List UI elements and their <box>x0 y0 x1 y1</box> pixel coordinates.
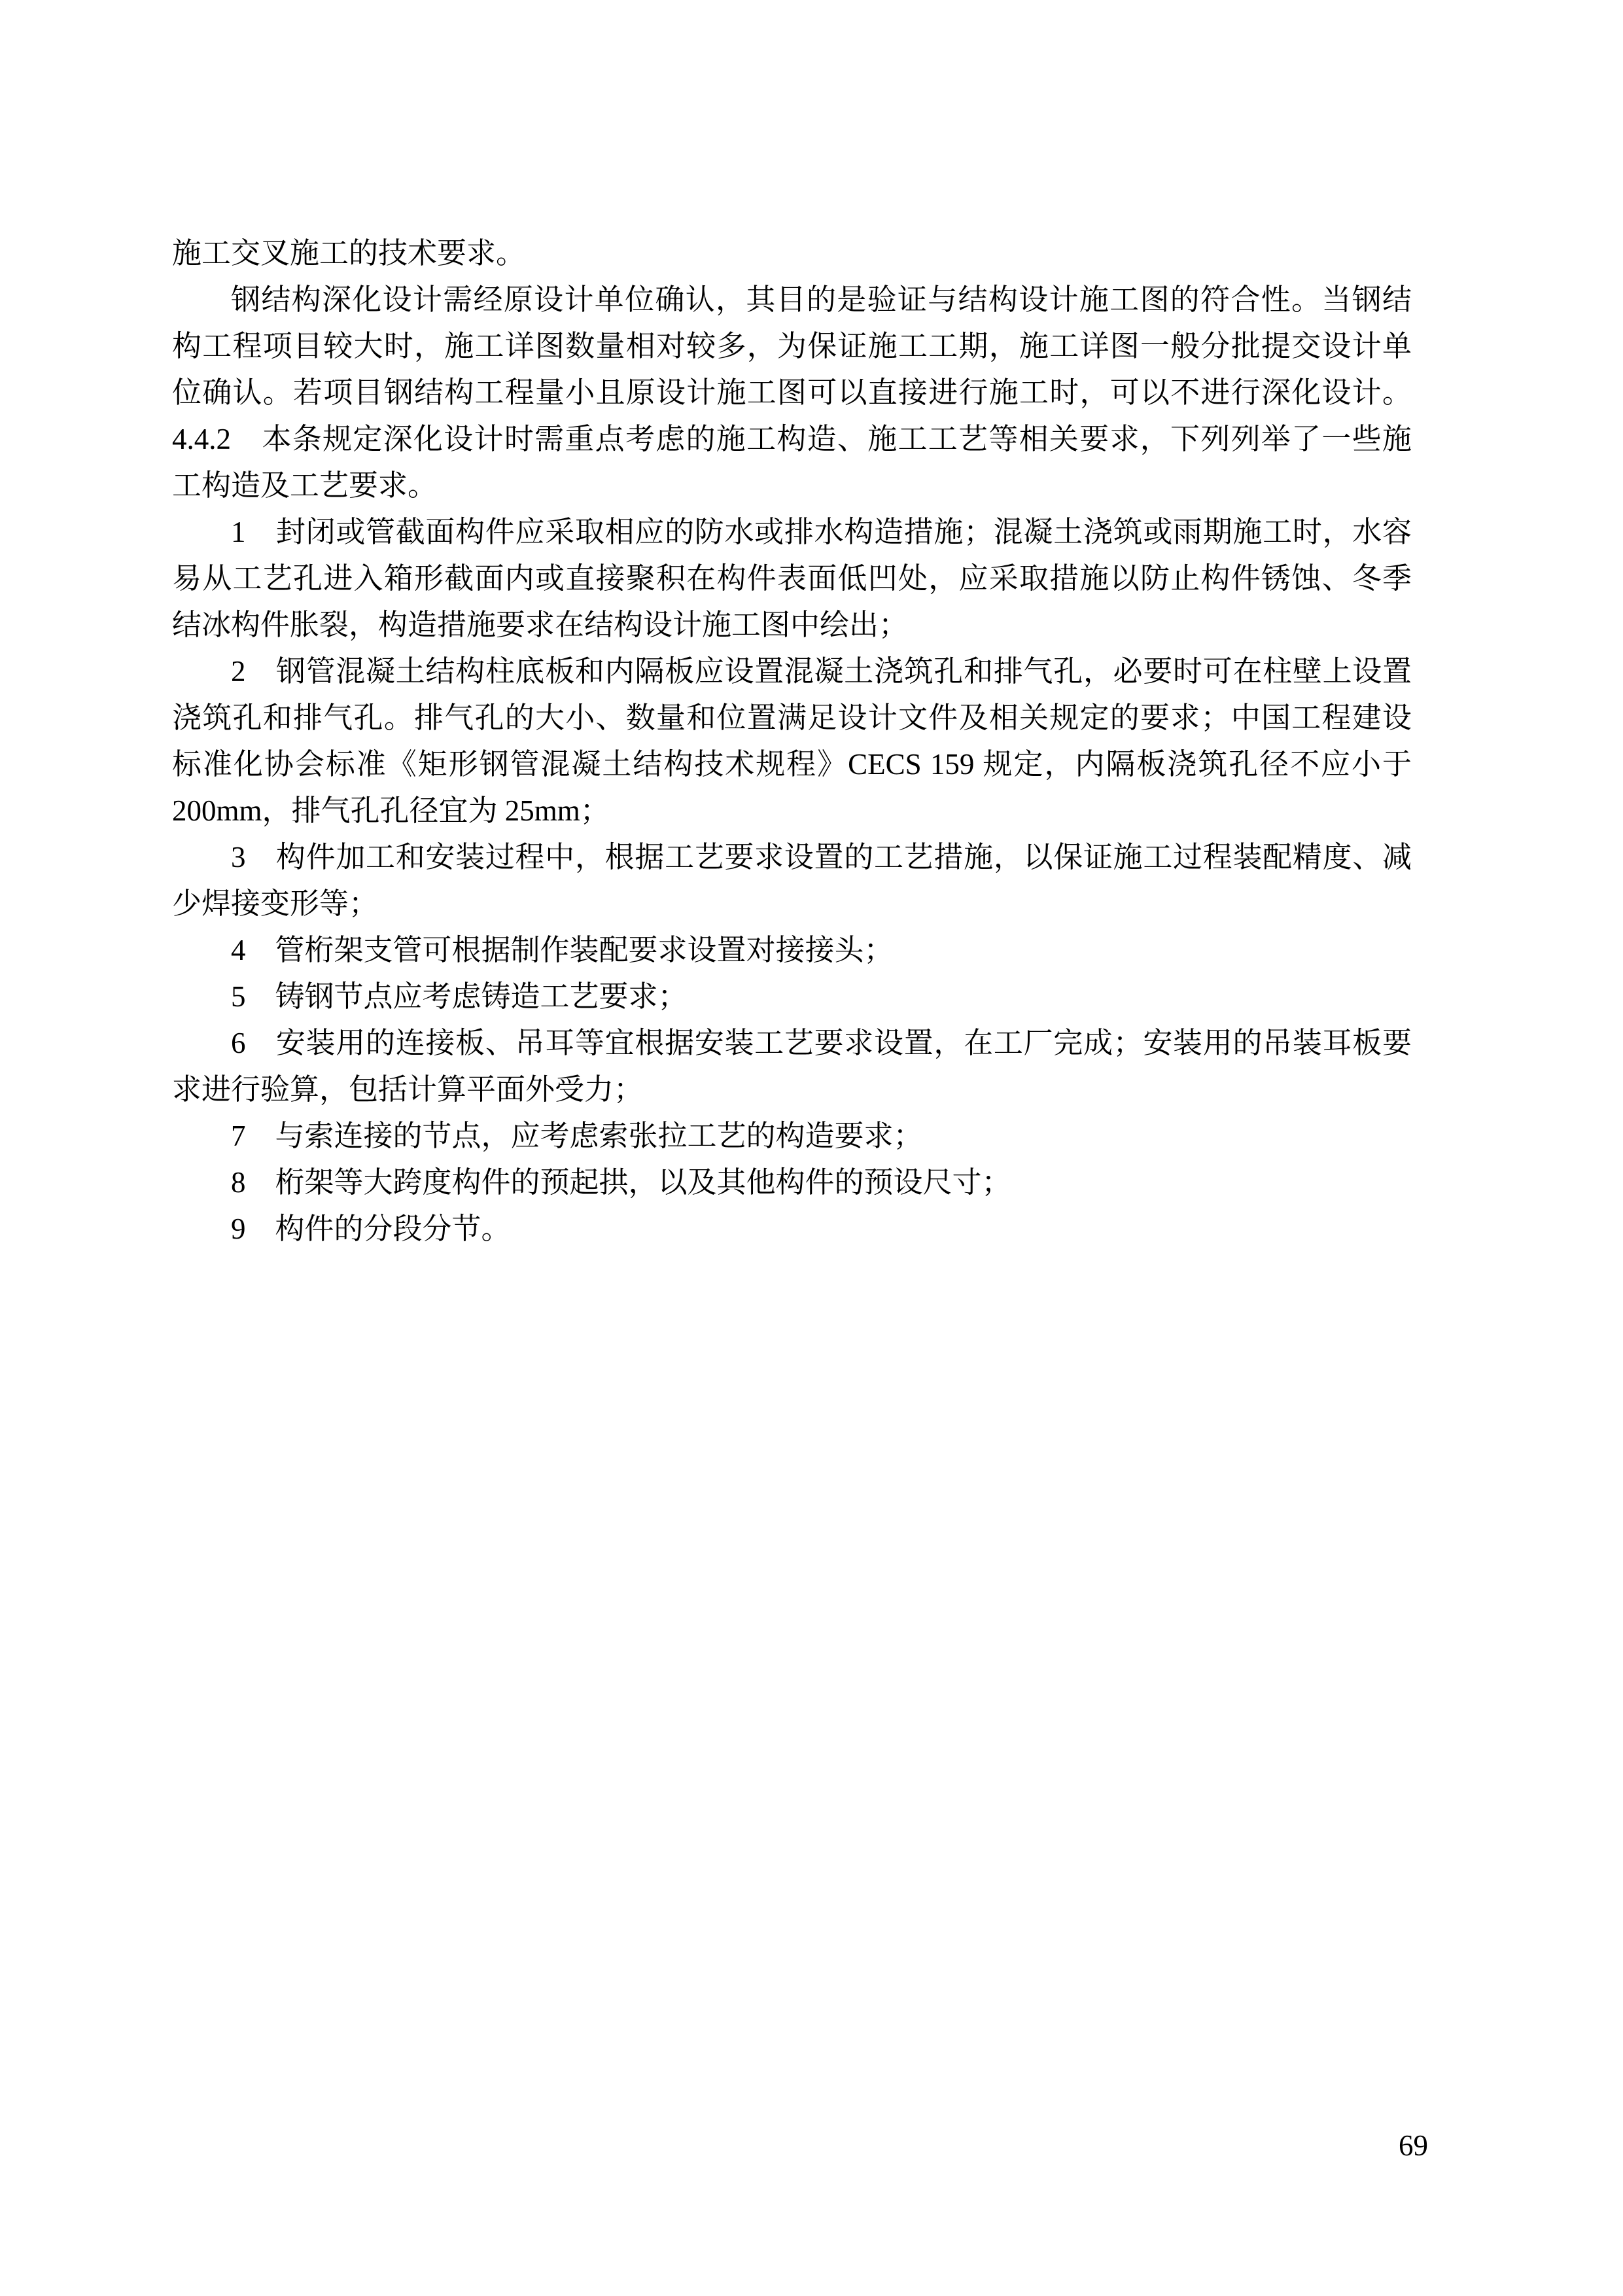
page-number: 69 <box>1399 2128 1428 2164</box>
text-line: 6 安装用的连接板、吊耳等宜根据安装工艺要求设置，在工厂完成；安装用的吊装耳板要 <box>172 1020 1412 1067</box>
text-line: 结冰构件胀裂，构造措施要求在结构设计施工图中绘出； <box>172 602 1412 648</box>
text-line: 7 与索连接的节点，应考虑索张拉工艺的构造要求； <box>172 1113 1412 1159</box>
text-line: 5 铸钢节点应考虑铸造工艺要求； <box>172 974 1412 1020</box>
text-line: 钢结构深化设计需经原设计单位确认，其目的是验证与结构设计施工图的符合性。当钢结 <box>172 277 1412 323</box>
text-line: 构工程项目较大时，施工详图数量相对较多，为保证施工工期，施工详图一般分批提交设计… <box>172 323 1412 370</box>
text-line: 9 构件的分段分节。 <box>172 1206 1412 1252</box>
text-line: 2 钢管混凝土结构柱底板和内隔板应设置混凝土浇筑孔和排气孔，必要时可在柱壁上设置 <box>172 648 1412 695</box>
text-line: 施工交叉施工的技术要求。 <box>172 230 1412 277</box>
text-line: 浇筑孔和排气孔。排气孔的大小、数量和位置满足设计文件及相关规定的要求；中国工程建… <box>172 695 1412 741</box>
text-line: 1 封闭或管截面构件应采取相应的防水或排水构造措施；混凝土浇筑或雨期施工时，水容 <box>172 509 1412 556</box>
text-line: 求进行验算，包括计算平面外受力； <box>172 1067 1412 1113</box>
text-line: 200mm，排气孔孔径宜为 25mm； <box>172 788 1412 834</box>
text-line: 4.4.2 本条规定深化设计时需重点考虑的施工构造、施工工艺等相关要求，下列列举… <box>172 416 1412 463</box>
text-line: 4 管桁架支管可根据制作装配要求设置对接接头； <box>172 927 1412 974</box>
text-line: 标准化协会标准《矩形钢管混凝土结构技术规程》CECS 159 规定，内隔板浇筑孔… <box>172 741 1412 788</box>
text-line: 少焊接变形等； <box>172 881 1412 927</box>
text-line: 3 构件加工和安装过程中，根据工艺要求设置的工艺措施，以保证施工过程装配精度、减 <box>172 834 1412 881</box>
text-line: 工构造及工艺要求。 <box>172 463 1412 509</box>
document-page: 施工交叉施工的技术要求。钢结构深化设计需经原设计单位确认，其目的是验证与结构设计… <box>0 0 1623 2296</box>
text-line: 位确认。若项目钢结构工程量小且原设计施工图可以直接进行施工时，可以不进行深化设计… <box>172 370 1412 416</box>
text-line: 易从工艺孔进入箱形截面内或直接聚积在构件表面低凹处，应采取措施以防止构件锈蚀、冬… <box>172 556 1412 602</box>
text-line: 8 桁架等大跨度构件的预起拱，以及其他构件的预设尺寸； <box>172 1159 1412 1206</box>
body-text: 施工交叉施工的技术要求。钢结构深化设计需经原设计单位确认，其目的是验证与结构设计… <box>172 230 1412 1252</box>
